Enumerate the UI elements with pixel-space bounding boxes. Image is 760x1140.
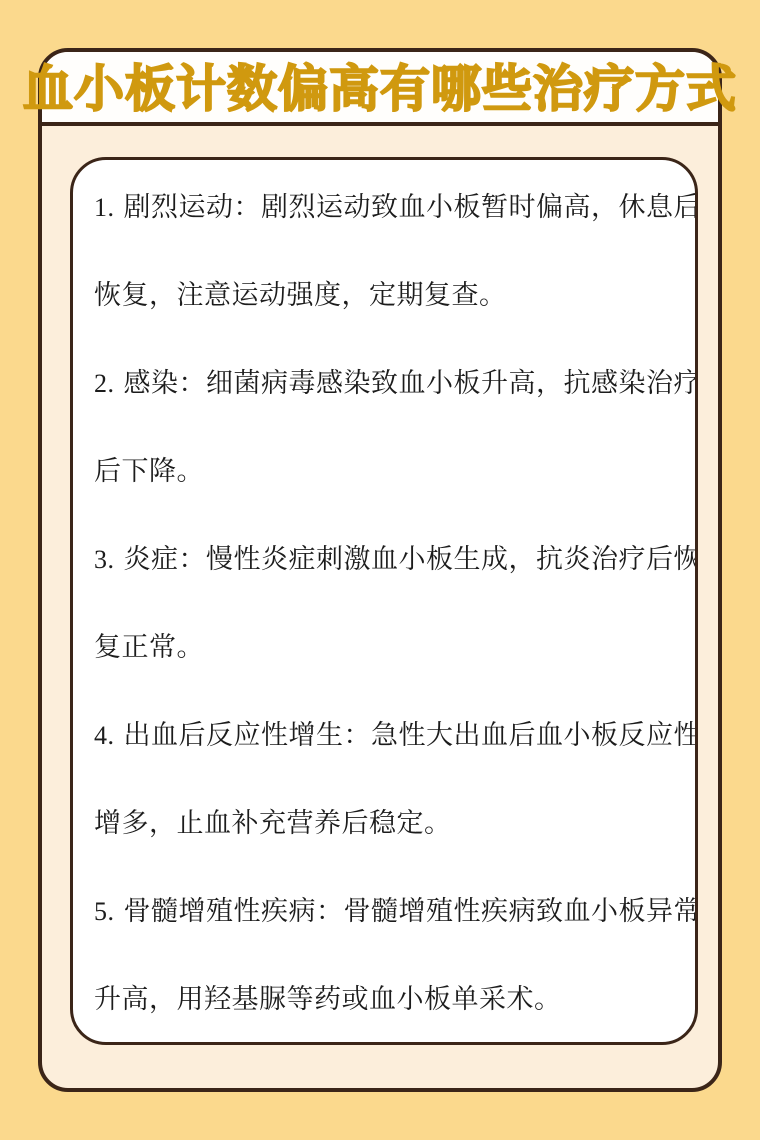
item-number: 4. <box>94 721 115 750</box>
item-text: 出血后反应性增生：急性大出血后血小板反应性 <box>124 720 699 750</box>
page-title: 血小板计数偏高有哪些治疗方式 <box>23 60 737 114</box>
item-number: 2. <box>94 369 115 398</box>
item-number: 3. <box>94 545 115 574</box>
item-number: 1. <box>94 193 115 222</box>
list-item-line: 复正常。 <box>94 603 683 691</box>
title-banner: 血小板计数偏高有哪些治疗方式 <box>42 52 718 126</box>
item-text: 感染：细菌病毒感染致血小板升高，抗感染治疗 <box>124 368 699 398</box>
list-item-4: 4.出血后反应性增生：急性大出血后血小板反应性 增多，止血补充营养后稳定。 <box>94 691 683 867</box>
treatment-list-box: 1.剧烈运动：剧烈运动致血小板暂时偏高，休息后 恢复，注意运动强度，定期复查。 … <box>70 157 698 1045</box>
list-item-line: 增多，止血补充营养后稳定。 <box>94 779 683 867</box>
item-text: 剧烈运动：剧烈运动致血小板暂时偏高，休息后 <box>124 192 699 222</box>
item-text: 炎症：慢性炎症刺激血小板生成，抗炎治疗后恢 <box>124 544 699 574</box>
list-item-line: 后下降。 <box>94 427 683 515</box>
list-item-1: 1.剧烈运动：剧烈运动致血小板暂时偏高，休息后 恢复，注意运动强度，定期复查。 <box>94 163 683 339</box>
list-item-line: 2.感染：细菌病毒感染致血小板升高，抗感染治疗 <box>94 339 683 427</box>
item-text: 骨髓增殖性疾病：骨髓增殖性疾病致血小板异常 <box>124 896 699 926</box>
item-number: 5. <box>94 897 115 926</box>
list-item-5: 5.骨髓增殖性疾病：骨髓增殖性疾病致血小板异常 升高，用羟基脲等药或血小板单采术… <box>94 867 683 1043</box>
infographic-page: 血小板计数偏高有哪些治疗方式 1.剧烈运动：剧烈运动致血小板暂时偏高，休息后 恢… <box>0 0 760 1140</box>
list-item-line: 恢复，注意运动强度，定期复查。 <box>94 251 683 339</box>
list-item-2: 2.感染：细菌病毒感染致血小板升高，抗感染治疗 后下降。 <box>94 339 683 515</box>
list-item-line: 1.剧烈运动：剧烈运动致血小板暂时偏高，休息后 <box>94 163 683 251</box>
list-item-line: 升高，用羟基脲等药或血小板单采术。 <box>94 955 683 1043</box>
list-item-line: 3.炎症：慢性炎症刺激血小板生成，抗炎治疗后恢 <box>94 515 683 603</box>
list-item-line: 5.骨髓增殖性疾病：骨髓增殖性疾病致血小板异常 <box>94 867 683 955</box>
content-card: 血小板计数偏高有哪些治疗方式 1.剧烈运动：剧烈运动致血小板暂时偏高，休息后 恢… <box>38 48 722 1092</box>
list-item-line: 4.出血后反应性增生：急性大出血后血小板反应性 <box>94 691 683 779</box>
list-item-3: 3.炎症：慢性炎症刺激血小板生成，抗炎治疗后恢 复正常。 <box>94 515 683 691</box>
card-body: 1.剧烈运动：剧烈运动致血小板暂时偏高，休息后 恢复，注意运动强度，定期复查。 … <box>42 126 718 1088</box>
